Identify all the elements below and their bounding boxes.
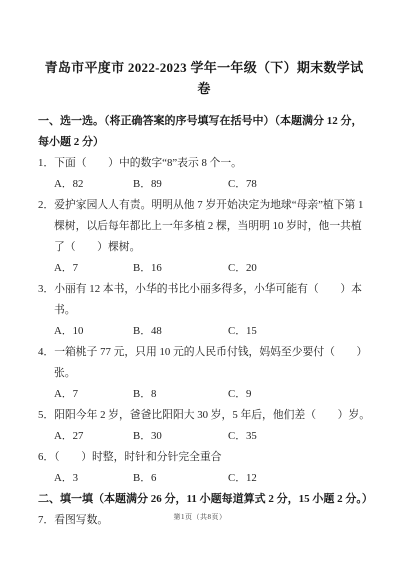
question-2-text: 2．爱护家园人人有责。明明从他 7 岁开始决定为地球“母亲”植下第 1 棵树，以…: [38, 195, 370, 258]
question-2-option-a: A．7: [54, 258, 133, 279]
question-3-text: 3．小丽有 12 本书，小华的书比小丽多得多，小华可能有（ ）本书。: [38, 279, 370, 321]
question-2-option-b: B．16: [133, 258, 228, 279]
question-6-option-a: A．3: [54, 468, 133, 489]
question-1: 1．下面（ ）中的数字“8”表示 8 个一。 A．82B．89C．78: [38, 153, 370, 195]
question-5-number: 5．: [38, 409, 54, 421]
section-1-heading: 一、选一选。（将正确答案的序号填写在括号中）（本题满分 12 分，每小题 2 分…: [38, 111, 370, 153]
question-5-text: 5．阳阳今年 2 岁，爸爸比阳阳大 30 岁，5 年后，他们差（ ）岁。: [38, 405, 370, 426]
question-4-option-c: C．9: [228, 384, 251, 405]
question-6: 6．（ ）时整，时针和分针完全重合 A．3B．6C．12: [38, 447, 370, 489]
question-2-options: A．7B．16C．20: [38, 258, 370, 279]
question-6-body: （ ）时整，时针和分针完全重合: [54, 451, 221, 463]
question-3-option-b: B．48: [133, 321, 228, 342]
page-title: 青岛市平度市 2022-2023 学年一年级（下）期末数学试卷: [38, 57, 370, 99]
section-2-heading: 二、填一填（本题满分 26 分，11 小题每道算式 2 分，15 小题 2 分。…: [38, 489, 370, 510]
question-3-options: A．10B．48C．15: [38, 321, 370, 342]
question-1-options: A．82B．89C．78: [38, 174, 370, 195]
question-6-number: 6．: [38, 451, 54, 463]
question-3: 3．小丽有 12 本书，小华的书比小丽多得多，小华可能有（ ）本书。 A．10B…: [38, 279, 370, 342]
exam-page: 青岛市平度市 2022-2023 学年一年级（下）期末数学试卷 一、选一选。（将…: [0, 0, 400, 566]
question-2: 2．爱护家园人人有责。明明从他 7 岁开始决定为地球“母亲”植下第 1 棵树，以…: [38, 195, 370, 279]
question-1-number: 1．: [38, 157, 54, 169]
question-5-option-b: B．30: [133, 426, 228, 447]
question-3-number: 3．: [38, 283, 54, 295]
question-1-option-a: A．82: [54, 174, 133, 195]
question-4-options: A．7B．8C．9: [38, 384, 370, 405]
question-3-option-c: C．15: [228, 321, 257, 342]
question-4-option-a: A．7: [54, 384, 133, 405]
question-3-option-a: A．10: [54, 321, 133, 342]
question-3-body: 小丽有 12 本书，小华的书比小丽多得多，小华可能有（ ）本书。: [54, 283, 362, 316]
question-4: 4．一箱桃子 77 元，只用 10 元的人民币付钱，妈妈至少要付（ ）张。 A．…: [38, 342, 370, 405]
question-5: 5．阳阳今年 2 岁，爸爸比阳阳大 30 岁，5 年后，他们差（ ）岁。 A．2…: [38, 405, 370, 447]
question-1-option-b: B．89: [133, 174, 228, 195]
question-2-number: 2．: [38, 199, 54, 211]
question-4-option-b: B．8: [133, 384, 228, 405]
question-5-options: A．27B．30C．35: [38, 426, 370, 447]
question-5-body: 阳阳今年 2 岁，爸爸比阳阳大 30 岁，5 年后，他们差（ ）岁。: [54, 409, 370, 421]
question-6-text: 6．（ ）时整，时针和分针完全重合: [38, 447, 370, 468]
question-4-body: 一箱桃子 77 元，只用 10 元的人民币付钱，妈妈至少要付（ ）张。: [54, 346, 367, 379]
question-6-option-c: C．12: [228, 468, 257, 489]
question-1-option-c: C．78: [228, 174, 257, 195]
question-5-option-c: C．35: [228, 426, 257, 447]
question-4-text: 4．一箱桃子 77 元，只用 10 元的人民币付钱，妈妈至少要付（ ）张。: [38, 342, 370, 384]
question-5-option-a: A．27: [54, 426, 133, 447]
question-2-option-c: C．20: [228, 258, 257, 279]
question-6-options: A．3B．6C．12: [38, 468, 370, 489]
page-footer: 第1页（共8页）: [0, 512, 400, 522]
question-1-body: 下面（ ）中的数字“8”表示 8 个一。: [54, 157, 242, 169]
question-2-body: 爱护家园人人有责。明明从他 7 岁开始决定为地球“母亲”植下第 1 棵树，以后每…: [54, 199, 363, 253]
question-4-number: 4．: [38, 346, 54, 358]
question-6-option-b: B．6: [133, 468, 228, 489]
question-1-text: 1．下面（ ）中的数字“8”表示 8 个一。: [38, 153, 370, 174]
